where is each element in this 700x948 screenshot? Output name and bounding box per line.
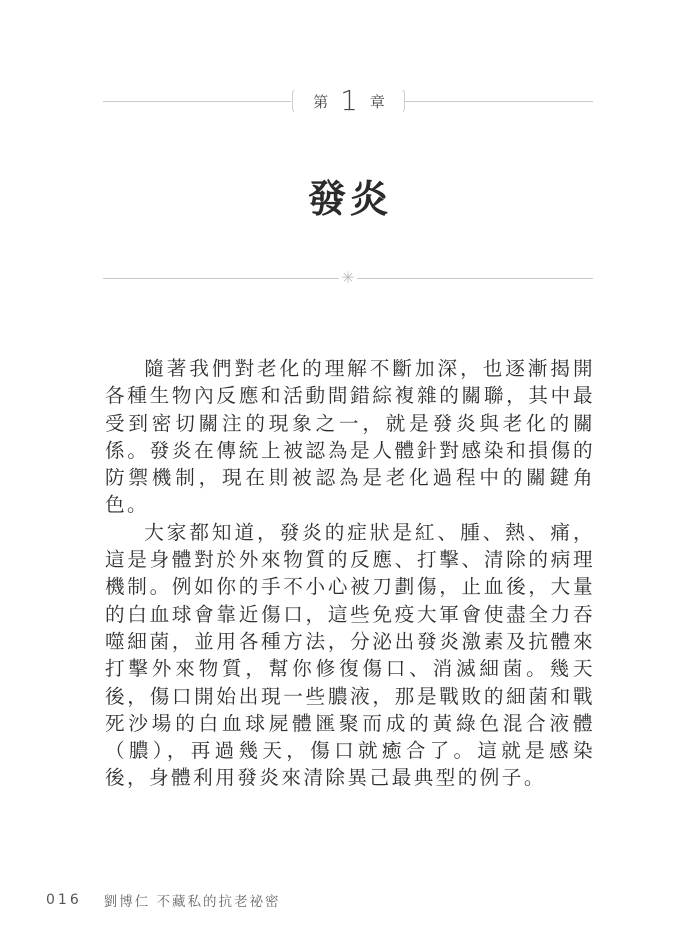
book-title: 劉博仁 不藏私的抗老祕密 [104, 890, 281, 910]
title-divider-right [357, 278, 593, 279]
paragraph: 大家都知道，發炎的症狀是紅、腫、熱、痛，這是身體對於外來物質的反應、打擊、清除的… [105, 519, 595, 792]
chapter-number: 1 [340, 87, 358, 115]
chapter-rule-left [103, 101, 291, 102]
page-footer: 016 劉博仁 不藏私的抗老祕密 [46, 890, 281, 910]
chapter-bracket-left [292, 88, 298, 114]
chapter-label: 第 1 章 [300, 86, 398, 116]
body-text: 隨著我們對老化的理解不斷加深，也逐漸揭開各種生物內反應和活動間錯綜複雜的關聯，其… [105, 355, 595, 792]
chapter-rule-right [405, 101, 593, 102]
chapter-title: 發炎 [0, 168, 700, 223]
chapter-suffix: 章 [370, 91, 385, 112]
chapter-prefix: 第 [313, 91, 328, 112]
title-divider-left [103, 278, 339, 279]
paragraph: 隨著我們對老化的理解不斷加深，也逐漸揭開各種生物內反應和活動間錯綜複雜的關聯，其… [105, 355, 595, 519]
page-number: 016 [46, 892, 82, 908]
asterisk-ornament-icon: ✳ [340, 268, 356, 288]
